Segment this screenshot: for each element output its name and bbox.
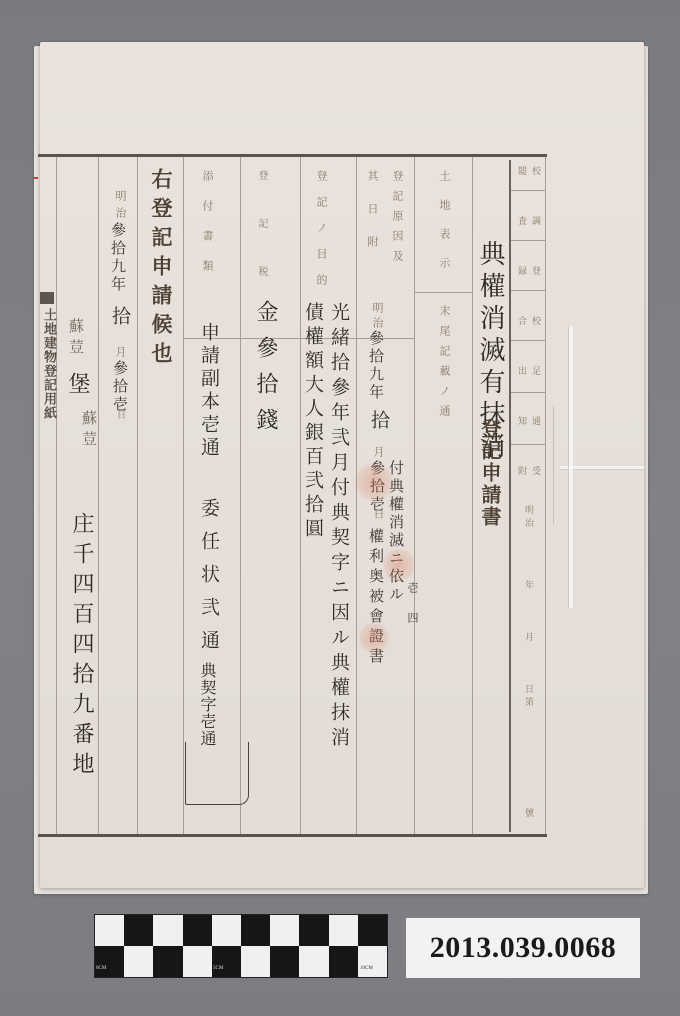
closing-date-day: 參拾壱: [110, 360, 131, 414]
side-label: 土地建物登記用紙: [39, 308, 58, 420]
paper-fold: [568, 326, 573, 608]
frame-top-rule: [38, 154, 547, 157]
column-divider-bold: [509, 160, 511, 832]
attachment-line1: 申請副本壱通: [196, 322, 223, 460]
frame-bottom-rule: [38, 834, 547, 837]
location-line1-printed: 蘇荳: [66, 318, 87, 360]
column-divider: [137, 157, 138, 834]
column-divider: [356, 157, 357, 834]
field-label-attachments: 添付書類: [199, 170, 215, 290]
official-box-row2: 閲査録合出知附: [515, 166, 528, 516]
receipt-date-era: 明治: [522, 505, 535, 531]
cause-annotation: 壱 四: [404, 582, 420, 626]
column-divider: [240, 157, 241, 834]
closing-date-month: 拾: [107, 306, 134, 332]
receipt-number: 號: [522, 808, 535, 831]
field-label-cause-col2: 其日附: [364, 170, 380, 269]
red-mark: [34, 177, 38, 179]
document-title-printed: 登記申請書: [476, 418, 505, 528]
red-seal: [382, 548, 416, 582]
column-divider: [414, 157, 415, 834]
column-divider: [183, 157, 184, 834]
side-label-mark: [40, 292, 54, 304]
registration-tax-value: 金參拾錢: [250, 300, 281, 444]
scale-label-0cm: 0CM: [96, 966, 106, 971]
paper-fold: [553, 405, 556, 525]
location-line2-hand: 庄千四百四拾九番地: [66, 512, 97, 782]
field-label-registration-tax: 登記税: [254, 170, 269, 314]
header-separator: [414, 292, 472, 293]
closing-date-year: 參拾九年: [108, 222, 129, 294]
field-label-cause-col1: 登記原因及: [389, 170, 405, 270]
attachment-line2: 委任状弐通: [196, 498, 223, 663]
cause-date-month: 拾: [366, 410, 393, 436]
location-line1-hand: 堡: [62, 372, 93, 400]
color-scale-bar: [94, 914, 388, 978]
accession-number-label: 2013.039.0068: [406, 918, 640, 978]
receipt-date-month: 月: [522, 632, 535, 655]
closing-statement: 右登記申請候也: [146, 168, 176, 371]
receipt-date-day: 日第: [522, 684, 535, 710]
scale-label-5cm: 5CM: [213, 966, 223, 971]
purpose-value-line2: 債權額大人銀百弐拾圓: [300, 302, 327, 542]
field-label-purpose: 登記ノ目的: [313, 170, 329, 300]
closing-date-day-suffix: 日: [114, 410, 127, 433]
attachment-line3: 典契字壱通: [196, 662, 219, 747]
purpose-value-line1: 光緒拾參年弐月付典契字ニ因ル典權抹消: [326, 302, 353, 752]
cause-date-era: 明治: [369, 302, 385, 332]
attachment-bracket: [185, 742, 249, 805]
field-label-land-description: 土地表示: [436, 170, 452, 286]
scale-label-10cm: 10CM: [360, 966, 373, 971]
column-divider: [98, 157, 99, 834]
red-seal: [354, 462, 394, 502]
receipt-date-year: 年: [522, 580, 535, 603]
cause-date-year: 參拾九年: [366, 330, 387, 402]
closing-date-era: 明治: [112, 190, 128, 224]
column-divider: [56, 157, 57, 834]
field-value-land-description: 末尾記載ノ通: [436, 305, 452, 425]
location-line2-printed: 蘇荳: [79, 410, 100, 452]
column-divider: [545, 157, 546, 834]
red-seal: [358, 622, 390, 654]
official-box-row1: 校調登校足通受: [529, 166, 542, 516]
